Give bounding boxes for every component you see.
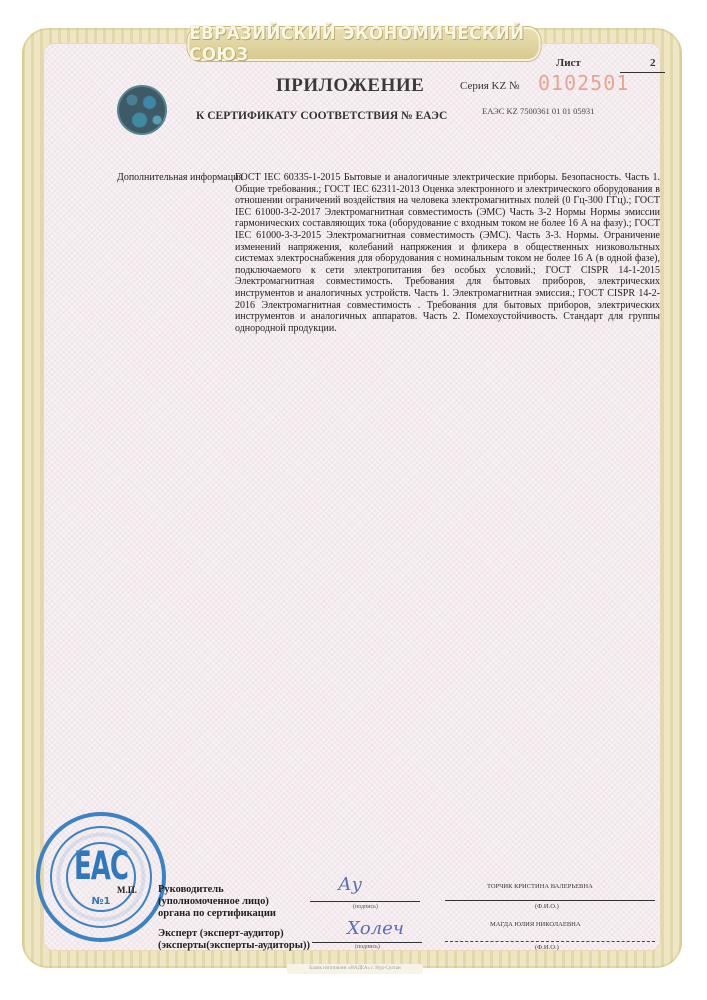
sheet-label: Лист 2 xyxy=(556,57,666,69)
expert-name-line xyxy=(445,941,655,942)
head-label-line3: органа по сертификации xyxy=(158,908,276,920)
head-name-line xyxy=(445,900,655,901)
additional-info-label: Дополнительная информация xyxy=(117,172,243,183)
registration-number: ЕАЭС KZ 7500361 01 01 05931 xyxy=(482,106,594,116)
head-label-line2: (уполномоченное лицо) xyxy=(158,896,276,908)
seal-number: №1 xyxy=(40,896,162,907)
seal-emblem: ЕАС xyxy=(40,845,162,890)
expert-label-line2: (эксперты(эксперты-аудиторы)) xyxy=(158,940,310,952)
head-signature-line xyxy=(310,901,420,902)
eac-seal-icon: ЕАС №1 xyxy=(36,812,166,942)
head-fio-caption: (Ф.И.О.) xyxy=(535,903,559,910)
document-title: ПРИЛОЖЕНИЕ xyxy=(276,75,424,97)
hologram-icon xyxy=(117,85,167,135)
series-label: Серия KZ № xyxy=(460,80,519,92)
head-signature: Ау xyxy=(338,874,362,895)
sheet-label-text: Лист xyxy=(556,57,581,69)
expert-signature: Холеч xyxy=(347,918,404,939)
union-banner: ЕВРАЗИЙСКИЙ ЭКОНОМИЧЕСКИЙ СОЮЗ xyxy=(187,27,540,61)
series-number: 0102501 xyxy=(538,71,629,95)
document-subtitle: К СЕРТИФИКАТУ СООТВЕТСТВИЯ № ЕАЭС xyxy=(196,110,447,122)
sheet-number: 2 xyxy=(650,57,656,69)
printer-imprint: Бланк изготовлен «НАДЕА» г. Нур-Султан xyxy=(287,964,423,974)
expert-signature-caption: (подпись) xyxy=(355,944,380,950)
stamp-mark: М.П. xyxy=(117,884,137,896)
head-name: ТОРЧИК КРИСТИНА ВАЛЕРЬЕВНА xyxy=(487,883,593,890)
expert-name: МАГДА ЮЛИЯ НИКОЛАЕВНА xyxy=(490,921,581,928)
expert-fio-caption: (Ф.И.О.) xyxy=(535,944,559,951)
additional-info-text: ГОСТ IEC 60335-1-2015 Бытовые и аналогич… xyxy=(235,172,660,334)
head-label-line1: Руководитель xyxy=(158,884,276,896)
expert-signature-line xyxy=(312,942,422,943)
expert-label: Эксперт (эксперт-аудитор) (эксперты(эксп… xyxy=(158,928,310,952)
head-label: Руководитель (уполномоченное лицо) орган… xyxy=(158,884,276,920)
expert-label-line1: Эксперт (эксперт-аудитор) xyxy=(158,928,310,940)
head-signature-caption: (подпись) xyxy=(353,904,378,910)
